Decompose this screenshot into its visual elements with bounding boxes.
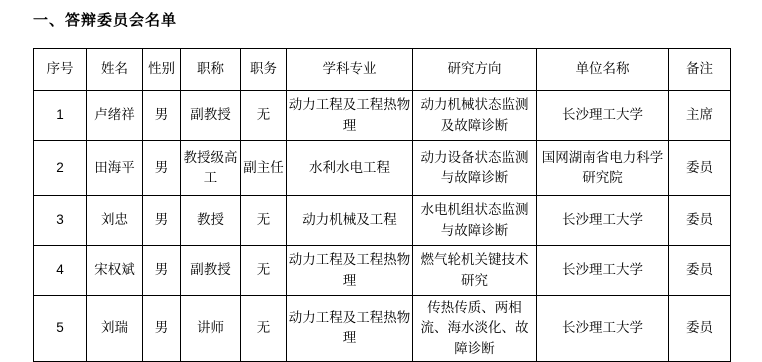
table-header-cell: 学科专业 [287,49,413,91]
table-cell: 动力工程及工程热物理 [287,296,413,362]
table-cell: 燃气轮机关键技术研究 [413,246,537,296]
table-cell: 长沙理工大学 [537,91,669,141]
table-cell: 委员 [669,196,731,246]
table-cell: 刘瑞 [87,296,143,362]
table-cell: 无 [241,296,287,362]
table-cell: 无 [241,246,287,296]
table-cell: 长沙理工大学 [537,196,669,246]
table-header-cell: 研究方向 [413,49,537,91]
table-cell: 3 [34,196,87,246]
table-row: 2田海平男教授级高工副主任水利水电工程动力设备状态监测与故障诊断国网湖南省电力科… [34,141,731,196]
table-header-cell: 姓名 [87,49,143,91]
table-cell: 4 [34,246,87,296]
table-cell: 副主任 [241,141,287,196]
table-header-cell: 性别 [143,49,181,91]
table-cell: 男 [143,91,181,141]
table-cell: 动力工程及工程热物理 [287,91,413,141]
table-cell: 男 [143,141,181,196]
table-cell: 无 [241,91,287,141]
table-cell: 长沙理工大学 [537,246,669,296]
table-header-cell: 单位名称 [537,49,669,91]
table-cell: 动力设备状态监测与故障诊断 [413,141,537,196]
table-row: 1卢绪祥男副教授无动力工程及工程热物理动力机械状态监测及故障诊断长沙理工大学主席 [34,91,731,141]
table-cell: 男 [143,296,181,362]
table-header-cell: 职务 [241,49,287,91]
table-cell: 水利水电工程 [287,141,413,196]
table-cell: 教授级高工 [181,141,241,196]
table-cell: 田海平 [87,141,143,196]
table-body: 1卢绪祥男副教授无动力工程及工程热物理动力机械状态监测及故障诊断长沙理工大学主席… [34,91,731,362]
table-header-cell: 序号 [34,49,87,91]
table-cell: 委员 [669,246,731,296]
table-cell: 无 [241,196,287,246]
table-cell: 副教授 [181,246,241,296]
table-cell: 1 [34,91,87,141]
section-title: 一、答辩委员会名单 [33,9,177,30]
table-cell: 2 [34,141,87,196]
table-cell: 刘忠 [87,196,143,246]
table-cell: 长沙理工大学 [537,296,669,362]
table-row: 5刘瑞男讲师无动力工程及工程热物理传热传质、两相流、海水淡化、故障诊断长沙理工大… [34,296,731,362]
table-cell: 卢绪祥 [87,91,143,141]
table-cell: 动力工程及工程热物理 [287,246,413,296]
committee-table: 序号姓名性别职称职务学科专业研究方向单位名称备注 1卢绪祥男副教授无动力工程及工… [33,48,731,362]
table-cell: 水电机组状态监测与故障诊断 [413,196,537,246]
table-cell: 男 [143,196,181,246]
table-cell: 主席 [669,91,731,141]
table-cell: 国网湖南省电力科学研究院 [537,141,669,196]
table-cell: 男 [143,246,181,296]
table-cell: 5 [34,296,87,362]
table-cell: 委员 [669,141,731,196]
table-header-row: 序号姓名性别职称职务学科专业研究方向单位名称备注 [34,49,731,91]
table-cell: 动力机械状态监测及故障诊断 [413,91,537,141]
table-header-cell: 备注 [669,49,731,91]
table-cell: 讲师 [181,296,241,362]
table-cell: 副教授 [181,91,241,141]
table-row: 4宋权斌男副教授无动力工程及工程热物理燃气轮机关键技术研究长沙理工大学委员 [34,246,731,296]
table-cell: 宋权斌 [87,246,143,296]
table-header-cell: 职称 [181,49,241,91]
table-cell: 动力机械及工程 [287,196,413,246]
table-cell: 传热传质、两相流、海水淡化、故障诊断 [413,296,537,362]
table-cell: 委员 [669,296,731,362]
table-row: 3刘忠男教授无动力机械及工程水电机组状态监测与故障诊断长沙理工大学委员 [34,196,731,246]
table-cell: 教授 [181,196,241,246]
